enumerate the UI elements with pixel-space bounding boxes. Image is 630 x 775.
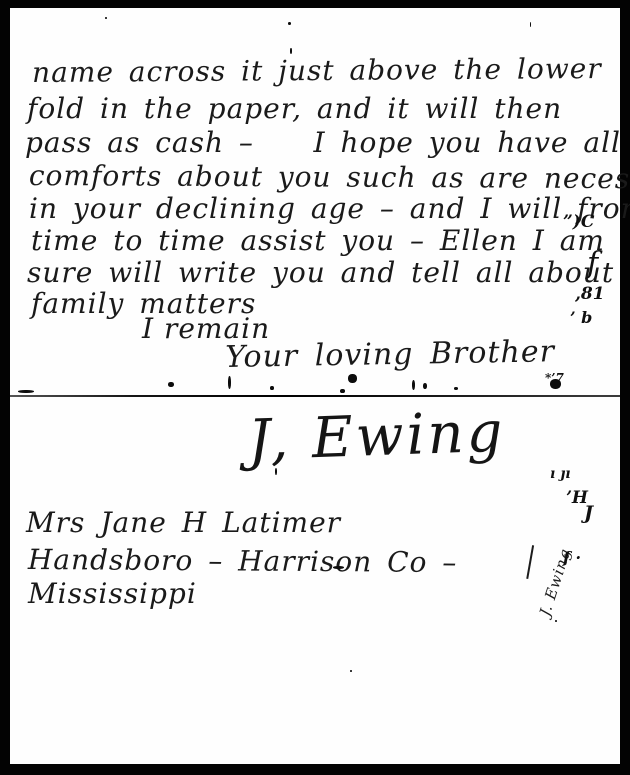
margin-mark-quote-paren: ”)C [563, 212, 594, 232]
fold-debris [18, 390, 34, 393]
fold-debris [412, 380, 415, 390]
ink-speck [105, 17, 107, 19]
edge-bleedthrough-mark: ı ȷı [550, 466, 571, 482]
signature-flourish-stroke [526, 545, 534, 579]
letter-body-line: name across it just above the lower [32, 54, 602, 89]
ink-speck [275, 468, 277, 475]
fold-debris [454, 387, 458, 390]
address-state: Mississippi [28, 579, 197, 610]
ink-speck [333, 566, 344, 569]
ink-speck [288, 22, 291, 25]
closing-line-loving-brother: Your loving Brother [225, 335, 555, 374]
rotated-docket-signature: J. Ewing [508, 540, 609, 662]
signature-j-ewing: J, Ewing [247, 400, 507, 474]
fold-debris [550, 379, 561, 389]
address-recipient-name: Mrs Jane H Latimer [26, 508, 341, 539]
scanned-letter: name across it just above the lower fold… [0, 0, 630, 775]
margin-mark-b: ’ b [570, 308, 592, 327]
letter-body-line: pass as cash – I hope you have all [25, 128, 621, 159]
fold-debris [423, 383, 427, 389]
fold-crease-line [10, 395, 620, 397]
letter-body-line: fold in the paper, and it will then [27, 94, 562, 125]
fold-debris [228, 376, 231, 389]
margin-mark-stray-f: f [587, 246, 598, 281]
edge-bleedthrough-mark: ſ · [563, 548, 581, 567]
letter-body-line: comforts about you such as are necessary [29, 161, 630, 195]
letter-body-line: in your declining age – and I will from [29, 194, 630, 225]
letter-paper: name across it just above the lower fold… [10, 8, 620, 764]
ink-speck [290, 48, 292, 54]
fold-debris [168, 382, 174, 387]
ink-speck [530, 22, 531, 27]
letter-body-line: time to time assist you – Ellen I am [31, 226, 605, 257]
fold-debris [340, 389, 345, 393]
ink-speck [350, 670, 352, 672]
letter-body-line: sure will write you and tell all about [27, 258, 614, 289]
fold-debris [348, 374, 357, 383]
address-town-county: Handsboro – Harrison Co – [28, 545, 458, 579]
fold-debris [270, 386, 274, 390]
ink-speck [555, 620, 557, 622]
edge-bleedthrough-mark: J [584, 502, 593, 524]
margin-mark-81: ,81 [575, 284, 605, 304]
